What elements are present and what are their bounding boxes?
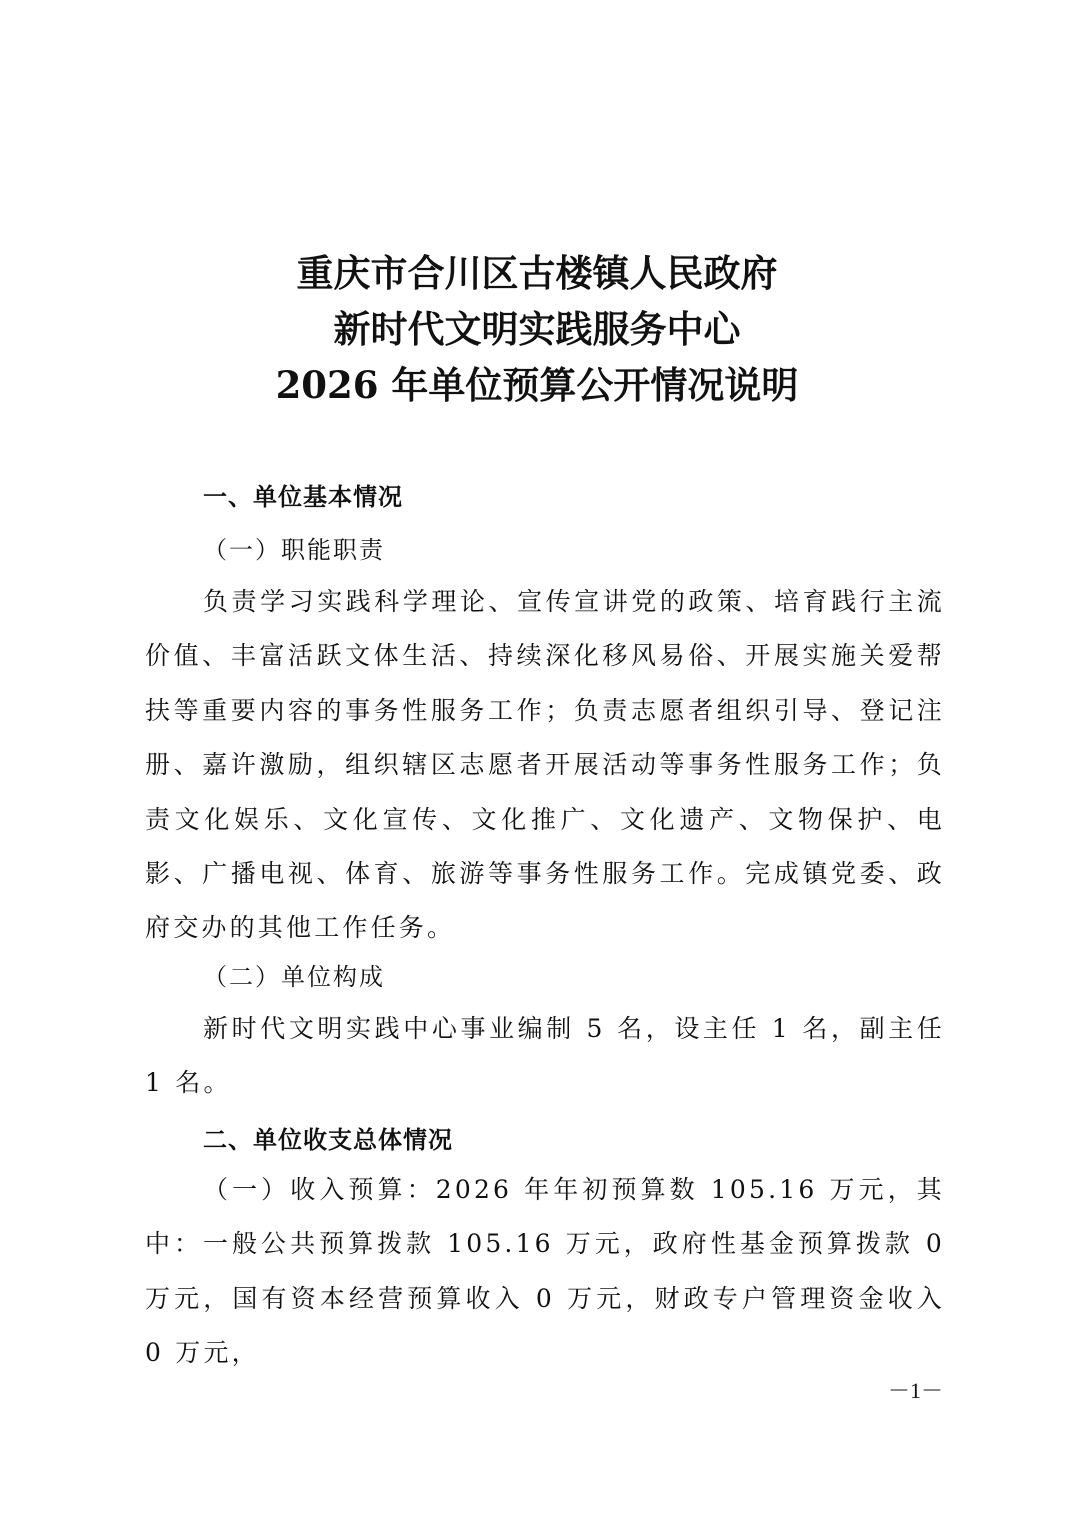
section-heading-basic-info: 一、单位基本情况 xyxy=(203,477,403,512)
paragraph-income-budget: （一）收入预算：2026 年年初预算数 105.16 万元，其中：一般公共预算拨… xyxy=(145,1163,945,1381)
title-line-2: 新时代文明实践服务中心 xyxy=(0,301,1074,357)
paragraph-composition: 新时代文明实践中心事业编制 5 名，设主任 1 名，副主任 1 名。 xyxy=(145,1002,945,1111)
subsection-heading-duties: （一）职能职责 xyxy=(203,530,385,565)
document-title: 重庆市合川区古楼镇人民政府 新时代文明实践服务中心 2026 年单位预算公开情况… xyxy=(0,245,1074,413)
paragraph-duties: 负责学习实践科学理论、宣传宣讲党的政策、培育践行主流价值、丰富活跃文体生活、持续… xyxy=(145,575,945,956)
subsection-heading-composition: （二）单位构成 xyxy=(203,957,385,992)
title-line-3: 2026 年单位预算公开情况说明 xyxy=(0,357,1074,413)
section-heading-budget-overview: 二、单位收支总体情况 xyxy=(203,1120,453,1155)
page-number: －1－ xyxy=(888,1374,943,1405)
title-line-1: 重庆市合川区古楼镇人民政府 xyxy=(0,245,1074,301)
